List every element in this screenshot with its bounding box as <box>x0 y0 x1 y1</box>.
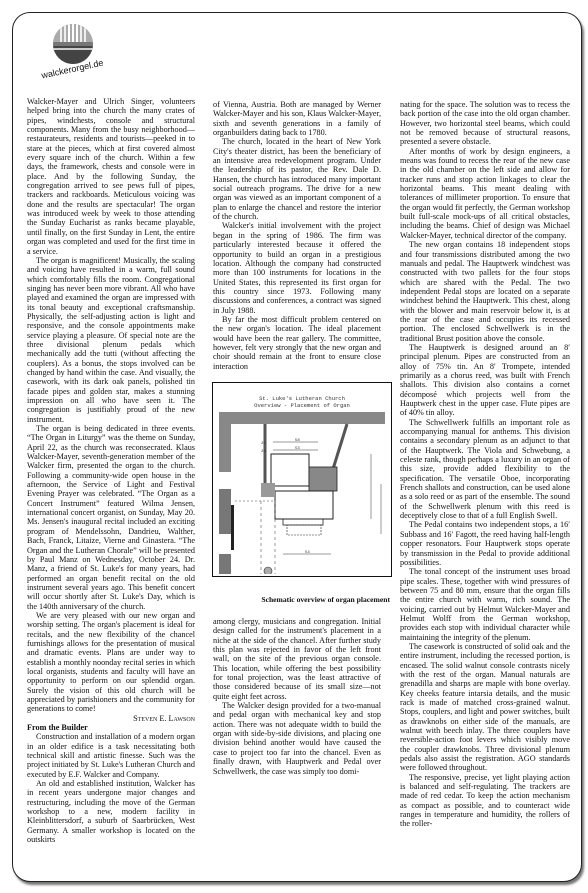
paragraph: among clergy, musicians and congregation… <box>213 617 381 701</box>
diagram-title: St. Luke's Lutheran Church Overview - Pl… <box>213 396 391 409</box>
figure-caption: Schematic overview of organ placement <box>240 595 390 604</box>
author-signature: Steven E. Lawson <box>27 714 195 723</box>
dimension-label: 54 <box>305 551 310 555</box>
paragraph: Walcker-Mayer and Ulrich Singer, volunte… <box>27 97 195 256</box>
paragraph: Construction and installation of a moder… <box>27 732 195 779</box>
organ-placement-diagram: St. Luke's Lutheran Church Overview - Pl… <box>212 382 392 577</box>
paragraph: nating for the space. The solution was t… <box>400 100 570 147</box>
paragraph: The casework is constructed of solid oak… <box>400 642 570 773</box>
dimension-label: 25 <box>261 442 266 446</box>
paragraph: The responsive, precise, yet light playi… <box>400 773 570 829</box>
dimension-label: 53 <box>295 447 300 451</box>
dimension-label: 26 <box>261 450 266 454</box>
paragraph: The organ is being dedicated in three ev… <box>27 424 195 611</box>
paragraph: The Pedal contains two independent stops… <box>400 520 570 567</box>
paragraph: of Vienna, Austria. Both are managed by … <box>213 100 381 137</box>
paragraph: After months of work by design engineers… <box>400 147 570 240</box>
dimension-label: 58 <box>295 439 300 443</box>
floor-plan-drawing: 25 58 26 53 54 <box>213 409 391 574</box>
paragraph: Walcker's initial involvement with the p… <box>213 221 381 314</box>
paragraph: The tonal concept of the instrument uses… <box>400 567 570 642</box>
paragraph: By far the most difficult problem center… <box>213 315 381 371</box>
paragraph: The new organ contains 18 independent st… <box>400 240 570 343</box>
column-3: nating for the space. The solution was t… <box>400 100 570 829</box>
paragraph: An old and established institution, Walc… <box>27 779 195 844</box>
paragraph: The church, located in the heart of New … <box>213 137 381 221</box>
paragraph: The Hauptwerk is designed around an 8′ p… <box>400 343 570 418</box>
section-heading: From the Builder <box>27 723 195 732</box>
paragraph: The organ is magnificent! Musically, the… <box>27 256 195 424</box>
paragraph: The Walcker design provided for a two-ma… <box>213 701 381 776</box>
column-2-continued: among clergy, musicians and congregation… <box>213 617 381 776</box>
column-2: of Vienna, Austria. Both are managed by … <box>213 100 381 371</box>
paragraph: We are very pleased with our new organ a… <box>27 611 195 714</box>
paragraph: The Schwellwerk fulfills an important ro… <box>400 418 570 521</box>
walckerorgel-logo: walckerorgel.de <box>38 18 108 80</box>
organ-pipes-logo-icon: walckerorgel.de <box>38 18 108 80</box>
column-1: Walcker-Mayer and Ulrich Singer, volunte… <box>27 97 195 845</box>
